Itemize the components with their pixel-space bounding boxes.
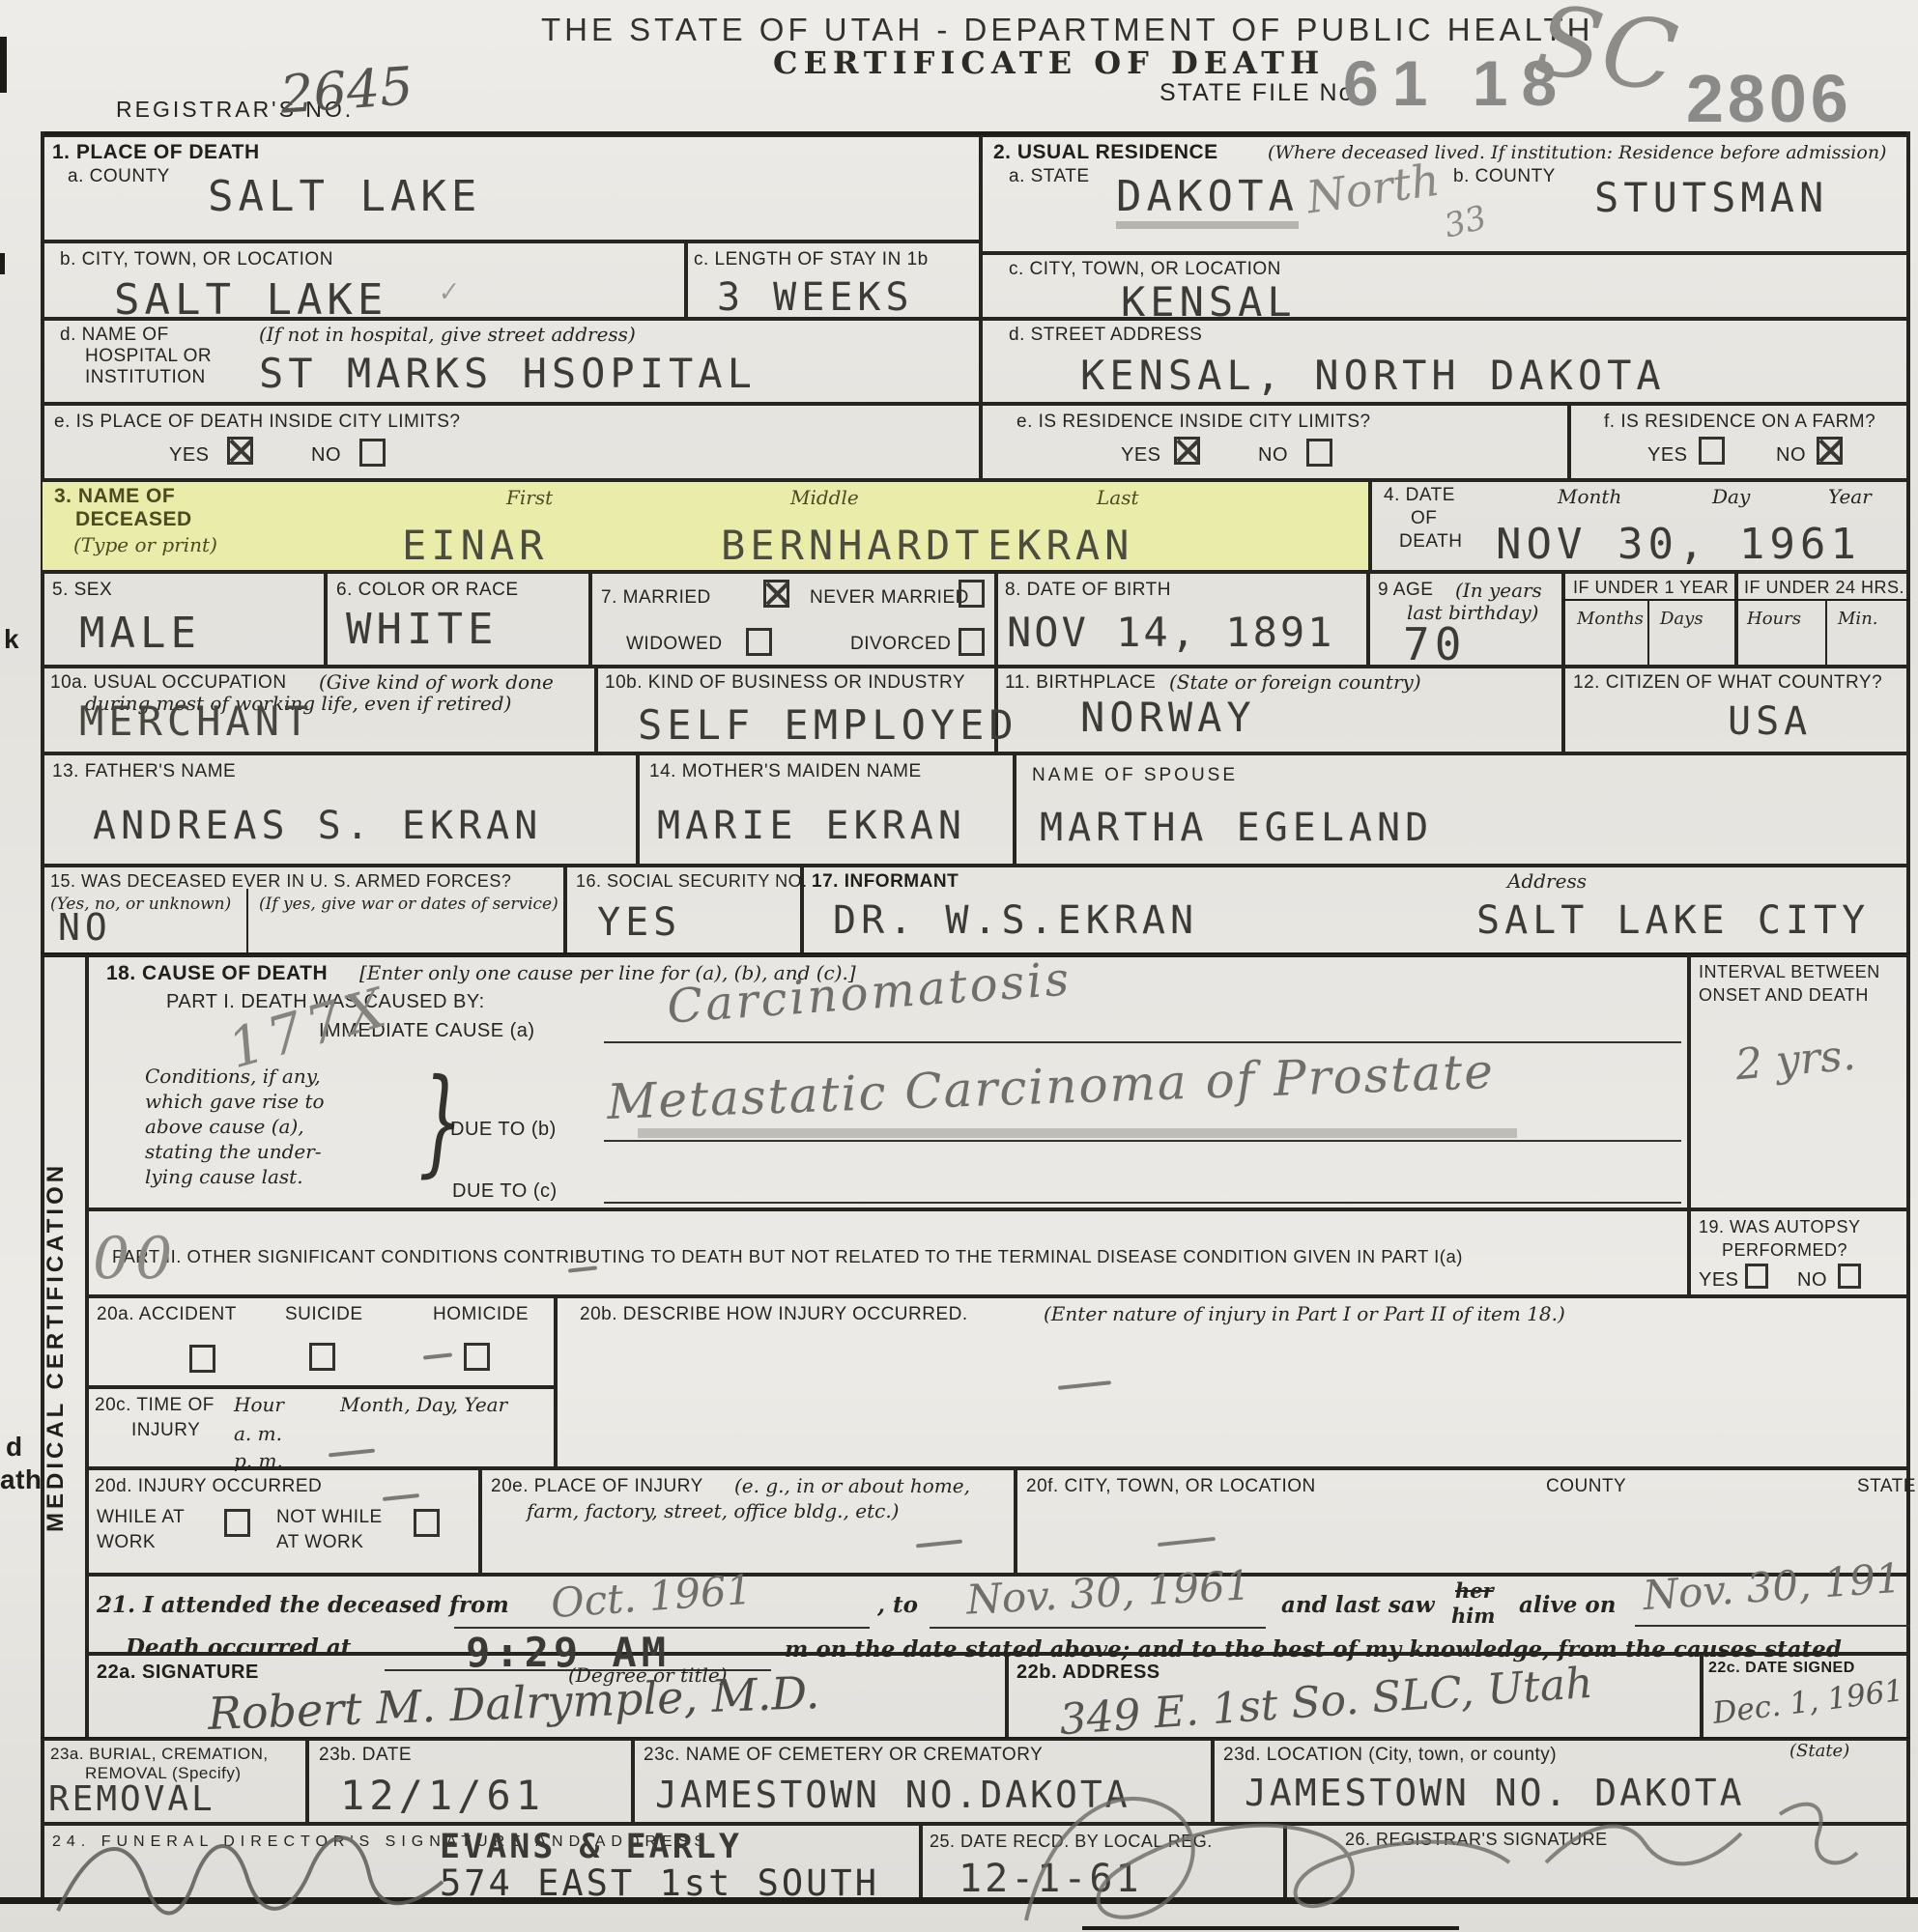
- margin-fragment: d: [6, 1432, 23, 1463]
- registrar-signature: [0, 0, 1918, 1932]
- margin-fragment: k: [4, 624, 19, 655]
- death-certificate-scan: THE STATE OF UTAH - DEPARTMENT OF PUBLIC…: [0, 0, 1918, 1932]
- margin-fragment: ath: [0, 1464, 43, 1495]
